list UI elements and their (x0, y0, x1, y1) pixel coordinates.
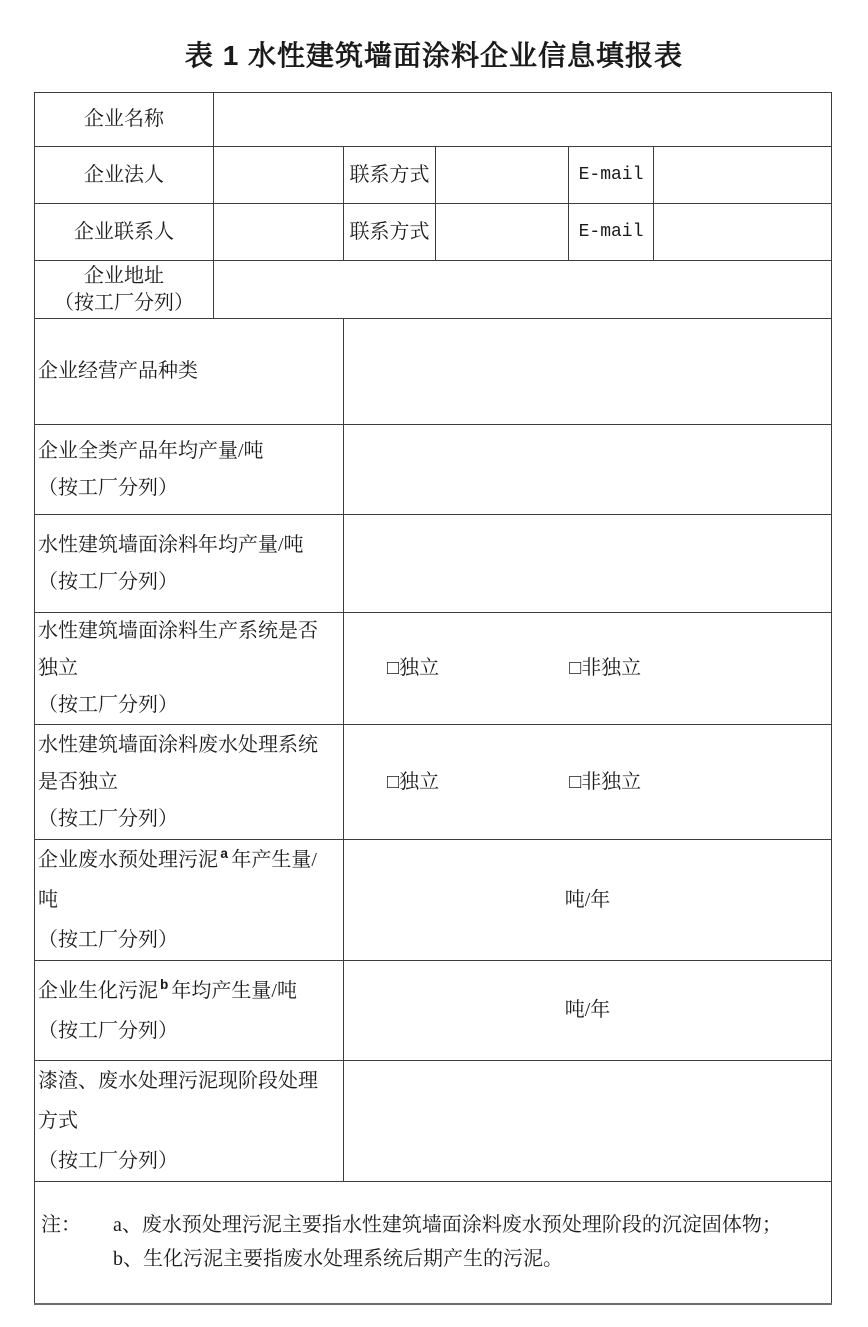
legal-contact-label: 联系方式 (344, 147, 436, 204)
table-row: 企业废水预处理污泥a年产生量/ 吨 （按工厂分列） 吨/年 (35, 840, 832, 961)
pretreatment-sludge-value-cell[interactable]: 吨/年 (344, 840, 832, 961)
company-name-input-cell[interactable] (214, 93, 832, 147)
all-products-output-label-main: 企业全类产品年均产量/吨 (38, 433, 343, 470)
table-row: 注： a、废水预处理污泥主要指水性建筑墙面涂料废水预处理阶段的沉淀固体物； b、… (35, 1182, 832, 1304)
product-types-input-cell[interactable] (344, 319, 832, 425)
product-types-label: 企业经营产品种类 (35, 319, 344, 425)
production-system-label-sub: （按工厂分列） (38, 687, 343, 724)
legal-person-input-cell[interactable] (214, 147, 344, 204)
footnotes-cell: 注： a、废水预处理污泥主要指水性建筑墙面涂料废水预处理阶段的沉淀固体物； b、… (35, 1182, 832, 1304)
legal-email-input-cell[interactable] (654, 147, 832, 204)
address-label: 企业地址 （按工厂分列） (35, 261, 214, 319)
table-row: 企业联系人 联系方式 E-mail (35, 204, 832, 261)
legal-contact-input-cell[interactable] (436, 147, 569, 204)
checkbox-label: 独立 (399, 655, 439, 682)
bio-sludge-label-sub: （按工厂分列） (38, 1011, 343, 1051)
legal-person-label: 企业法人 (35, 147, 214, 204)
bio-sludge-label-line1: 企业生化污泥b年均产生量/吨 (38, 971, 343, 1011)
coating-output-label: 水性建筑墙面涂料年均产量/吨 （按工厂分列） (35, 515, 344, 613)
footnote-ref-b: b (160, 978, 168, 994)
table-row: 漆渣、废水处理污泥现阶段处理 方式 （按工厂分列） (35, 1061, 832, 1182)
pretreatment-sludge-label-line1: 企业废水预处理污泥a年产生量/ (38, 840, 343, 880)
coating-output-label-sub: （按工厂分列） (38, 564, 343, 601)
contact-email-input-cell[interactable] (654, 204, 832, 261)
checkbox-production-not-independent[interactable]: □非独立 (569, 655, 641, 682)
checkbox-icon: □ (387, 769, 399, 796)
checkbox-icon: □ (569, 769, 581, 796)
table-row: 企业生化污泥b年均产生量/吨 （按工厂分列） 吨/年 (35, 961, 832, 1061)
footnote-a: a、废水预处理污泥主要指水性建筑墙面涂料废水预处理阶段的沉淀固体物； (113, 1208, 825, 1242)
coating-output-input-cell[interactable] (344, 515, 832, 613)
table-row: 企业经营产品种类 (35, 319, 832, 425)
footnote-body: a、废水预处理污泥主要指水性建筑墙面涂料废水预处理阶段的沉淀固体物； b、生化污… (113, 1208, 825, 1276)
unit-label: 吨/年 (565, 999, 611, 1021)
pretreatment-sludge-label-line2: 吨 (38, 880, 343, 920)
checkbox-label: 独立 (399, 769, 439, 796)
table-row: 企业法人 联系方式 E-mail (35, 147, 832, 204)
table-row: 企业名称 (35, 93, 832, 147)
bio-sludge-label: 企业生化污泥b年均产生量/吨 （按工厂分列） (35, 961, 344, 1061)
checkbox-icon: □ (569, 655, 581, 682)
legal-email-label: E-mail (569, 147, 654, 204)
residue-treatment-label-sub: （按工厂分列） (38, 1141, 343, 1181)
checkbox-wastewater-independent[interactable]: □独立 (387, 769, 439, 796)
wastewater-system-label: 水性建筑墙面涂料废水处理系统 是否独立 （按工厂分列） (35, 725, 344, 840)
production-system-label: 水性建筑墙面涂料生产系统是否 独立 （按工厂分列） (35, 613, 344, 725)
footnote-b: b、生化污泥主要指废水处理系统后期产生的污泥。 (113, 1242, 825, 1276)
checkbox-wastewater-not-independent[interactable]: □非独立 (569, 769, 641, 796)
bio-sludge-value-cell[interactable]: 吨/年 (344, 961, 832, 1061)
checkbox-label: 非独立 (581, 655, 641, 682)
checkbox-label: 非独立 (581, 769, 641, 796)
address-label-sub: （按工厂分列） (35, 290, 213, 317)
contact-contact-input-cell[interactable] (436, 204, 569, 261)
wastewater-system-options-cell: □独立 □非独立 (344, 725, 832, 840)
footnote-prefix: 注： (41, 1208, 113, 1242)
residue-treatment-label: 漆渣、废水处理污泥现阶段处理 方式 （按工厂分列） (35, 1061, 344, 1182)
residue-treatment-label-line1: 漆渣、废水处理污泥现阶段处理 (38, 1061, 343, 1101)
wastewater-system-label-line1: 水性建筑墙面涂料废水处理系统 (38, 727, 343, 764)
table-row: 企业全类产品年均产量/吨 （按工厂分列） (35, 425, 832, 515)
production-system-label-line2: 独立 (38, 650, 343, 687)
page-title: 表 1 水性建筑墙面涂料企业信息填报表 (0, 34, 868, 74)
table-row: 企业地址 （按工厂分列） (35, 261, 832, 319)
wastewater-system-label-sub: （按工厂分列） (38, 801, 343, 838)
address-input-cell[interactable] (214, 261, 832, 319)
unit-label: 吨/年 (565, 889, 611, 911)
table-row: 水性建筑墙面涂料生产系统是否 独立 （按工厂分列） □独立 □非独立 (35, 613, 832, 725)
contact-email-label: E-mail (569, 204, 654, 261)
contact-person-label: 企业联系人 (35, 204, 214, 261)
contact-contact-label: 联系方式 (344, 204, 436, 261)
production-system-label-line1: 水性建筑墙面涂料生产系统是否 (38, 613, 343, 650)
checkbox-production-independent[interactable]: □独立 (387, 655, 439, 682)
enterprise-info-table: 企业名称 企业法人 联系方式 E-mail 企业联系人 联系方式 E-mail … (34, 92, 832, 1305)
wastewater-system-label-line2: 是否独立 (38, 764, 343, 801)
checkbox-icon: □ (387, 655, 399, 682)
pretreatment-sludge-label: 企业废水预处理污泥a年产生量/ 吨 （按工厂分列） (35, 840, 344, 961)
table-row: 水性建筑墙面涂料年均产量/吨 （按工厂分列） (35, 515, 832, 613)
residue-treatment-label-line2: 方式 (38, 1101, 343, 1141)
all-products-output-input-cell[interactable] (344, 425, 832, 515)
all-products-output-label: 企业全类产品年均产量/吨 （按工厂分列） (35, 425, 344, 515)
table-row: 水性建筑墙面涂料废水处理系统 是否独立 （按工厂分列） □独立 □非独立 (35, 725, 832, 840)
company-name-label: 企业名称 (35, 93, 214, 147)
residue-treatment-input-cell[interactable] (344, 1061, 832, 1182)
coating-output-label-main: 水性建筑墙面涂料年均产量/吨 (38, 527, 343, 564)
pretreatment-sludge-label-sub: （按工厂分列） (38, 920, 343, 960)
contact-person-input-cell[interactable] (214, 204, 344, 261)
footnote-ref-a: a (220, 847, 228, 863)
all-products-output-label-sub: （按工厂分列） (38, 470, 343, 507)
production-system-options-cell: □独立 □非独立 (344, 613, 832, 725)
address-label-main: 企业地址 (35, 263, 213, 290)
